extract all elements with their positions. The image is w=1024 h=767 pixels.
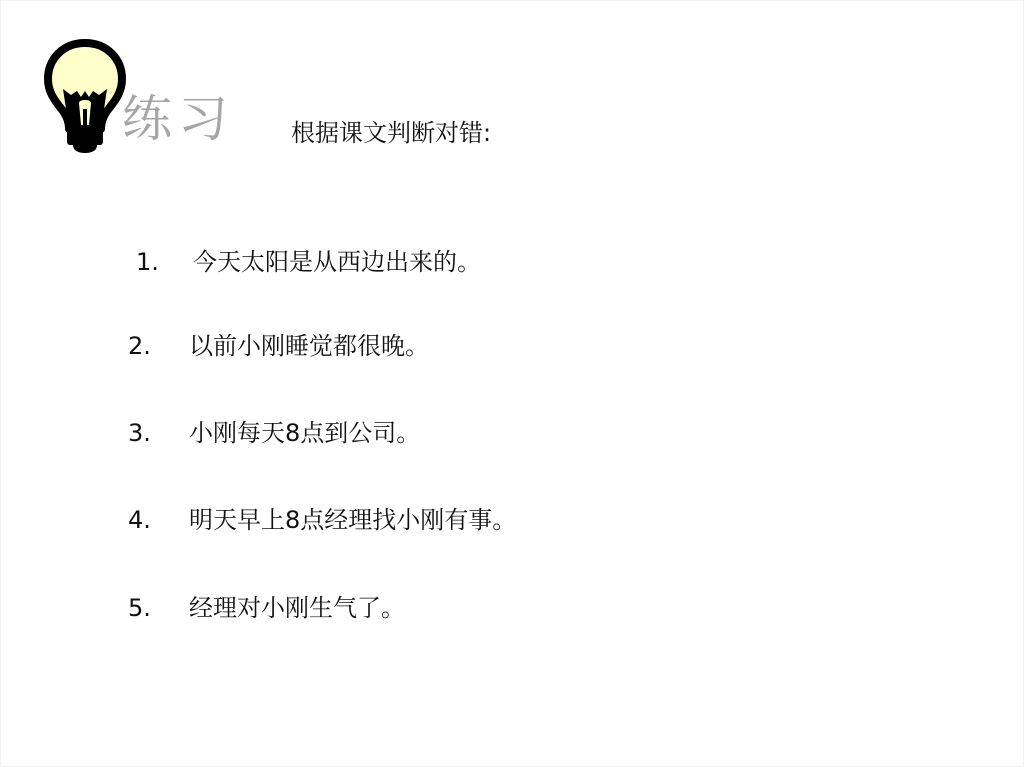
item-number: 3. [128,417,151,449]
item-text: 今天太阳是从西边出来的。 [193,246,481,278]
lightbulb-icon [43,39,127,155]
item-number: 2. [128,330,151,362]
instruction-text: 根据课文判断对错: [291,117,491,149]
item-number: 4. [128,504,151,536]
item-text: 以前小刚睡觉都很晚。 [189,330,429,362]
item-text: 明天早上8点经理找小刚有事。 [189,504,516,536]
item-text: 小刚每天8点到公司。 [189,417,420,449]
slide: 练习 根据课文判断对错: 1. 今天太阳是从西边出来的。 2. 以前小刚睡觉都很… [0,0,1024,767]
item-text: 经理对小刚生气了。 [189,592,405,624]
item-number: 5. [128,592,151,624]
item-number: 1. [136,246,159,278]
slide-title: 练习 [122,89,234,149]
